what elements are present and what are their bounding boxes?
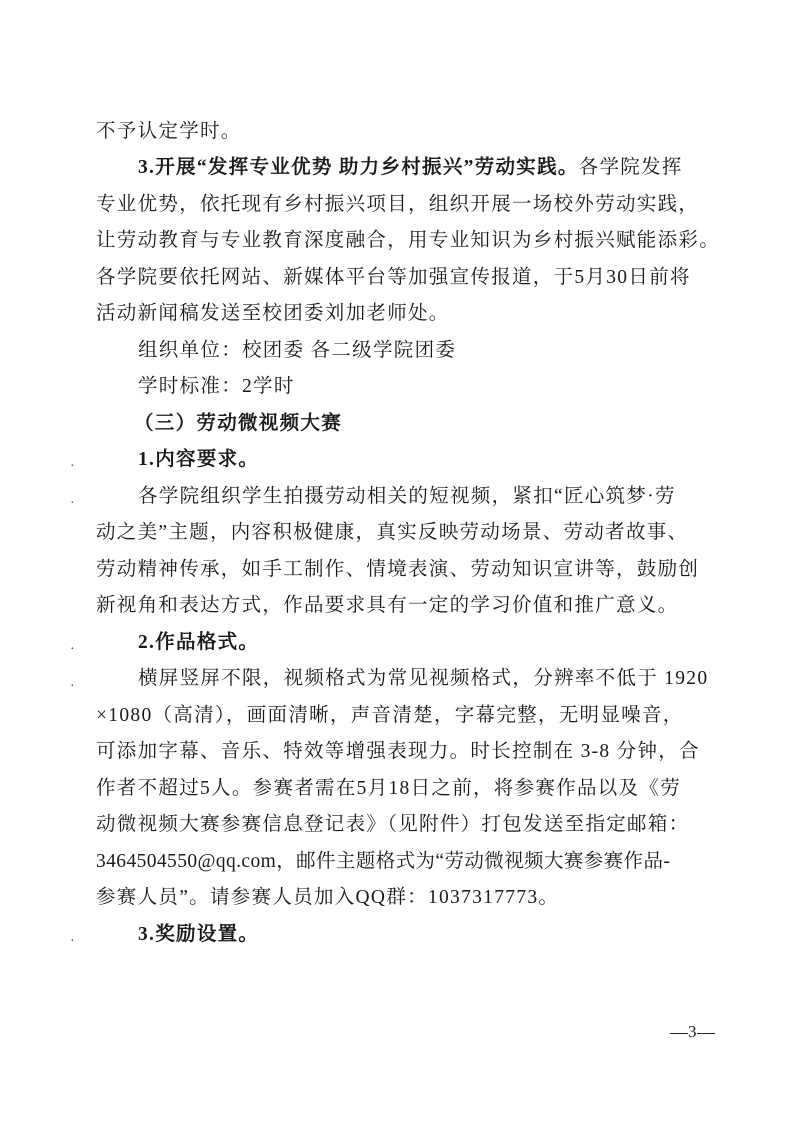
paragraph-line: 各学院组织学生拍摄劳动相关的短视频，紧扣“匠心筑梦·劳 bbox=[138, 485, 708, 509]
paragraph-line: 新视角和表达方式，作品要求具有一定的学习价值和推广意义。 bbox=[96, 594, 708, 618]
margin-mark: · bbox=[70, 460, 75, 474]
paragraph-text: 各学院发挥 bbox=[579, 157, 683, 178]
page-number: 3 bbox=[670, 1022, 715, 1042]
section-heading: 3.开展“发挥专业优势 助力乡村振兴”劳动实践。 bbox=[138, 157, 579, 178]
paragraph-line: 专业优势，依托现有乡村振兴项目，组织开展一场校外劳动实践， bbox=[96, 193, 708, 217]
subheading-awards: 3.奖励设置。 bbox=[138, 923, 708, 947]
paragraph-line: 横屏竖屏不限，视频格式为常见视频格式，分辨率不低于 1920 bbox=[138, 667, 708, 691]
paragraph-line: ×1080（高清），画面清晰，声音清楚，字幕完整，无明显噪音， bbox=[96, 704, 708, 728]
dash-left bbox=[670, 1033, 688, 1034]
subheading-work-format: 2.作品格式。 bbox=[138, 631, 708, 655]
paragraph-line: 劳动精神传承，如手工制作、情境表演、劳动知识宣讲等，鼓励创 bbox=[96, 558, 708, 582]
page-number-value: 3 bbox=[688, 1022, 697, 1041]
section-heading-video-contest: （三）劳动微视频大赛 bbox=[134, 412, 704, 436]
section-3-practice-line: 3.开展“发挥专业优势 助力乡村振兴”劳动实践。各学院发挥 bbox=[138, 156, 708, 180]
qq-group-line: 参赛人员”。请参赛人员加入QQ群：1037317773。 bbox=[96, 886, 708, 910]
paragraph-line: 动微视频大赛参赛信息登记表》（见附件）打包发送至指定邮箱： bbox=[96, 813, 708, 837]
paragraph-line: 可添加字幕、音乐、特效等增强表现力。时长控制在 3-8 分钟，合 bbox=[96, 740, 708, 764]
paragraph-line: 作者不超过5人。参赛者需在5月18日之前，将参赛作品以及《劳 bbox=[96, 777, 708, 801]
paragraph-line: 活动新闻稿发送至校团委刘加老师处。 bbox=[96, 302, 708, 326]
document-page: 不予认定学时。 3.开展“发挥专业优势 助力乡村振兴”劳动实践。各学院发挥 专业… bbox=[0, 0, 794, 1122]
organizer-line: 组织单位：校团委 各二级学院团委 bbox=[138, 339, 708, 363]
paragraph-line: 不予认定学时。 bbox=[96, 120, 708, 144]
margin-mark: · bbox=[70, 643, 75, 657]
credit-hours-line: 学时标准：2学时 bbox=[138, 375, 708, 399]
margin-mark: · bbox=[70, 935, 75, 949]
paragraph-line: 让劳动教育与专业教育深度融合，用专业知识为乡村振兴赋能添彩。 bbox=[96, 229, 708, 253]
margin-mark: · bbox=[70, 497, 75, 511]
paragraph-line: 各学院要依托网站、新媒体平台等加强宣传报道，于5月30日前将 bbox=[96, 266, 708, 290]
subheading-content-requirements: 1.内容要求。 bbox=[138, 448, 708, 472]
margin-mark: · bbox=[70, 680, 75, 694]
email-line: 3464504550@qq.com，邮件主题格式为“劳动微视频大赛参赛作品- bbox=[96, 850, 708, 874]
paragraph-line: 动之美”主题，内容积极健康，真实反映劳动场景、劳动者故事、 bbox=[96, 521, 708, 545]
dash-right bbox=[697, 1033, 715, 1034]
